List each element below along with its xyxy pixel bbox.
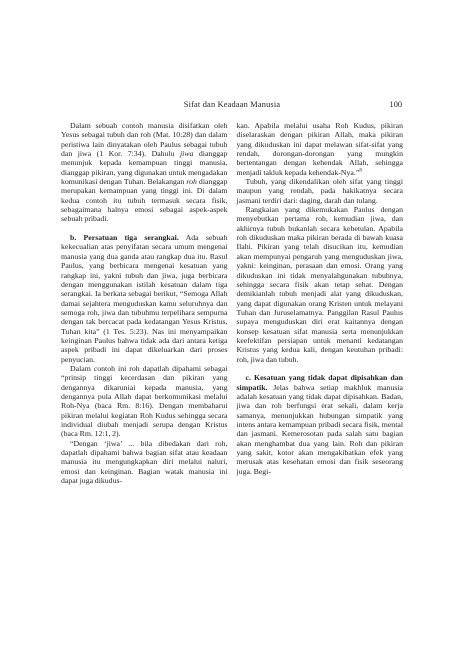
text-run: Rangkaian yang dikemukakan Paulus dengan… (237, 205, 404, 364)
text-run: kan. Apabila melalui usaha Roh Kudus, pi… (237, 121, 404, 177)
text-run: Tubuh, yang dikendalikan oleh sifat yang… (237, 177, 404, 205)
sup-text-run: 8 (359, 168, 362, 173)
text-run: Jelas bahwa setiap makhluk manusia adala… (237, 383, 404, 476)
italic-text-run: roh (186, 177, 197, 186)
paragraph: Tubuh, yang dikendalikan oleh sifat yang… (237, 177, 404, 205)
text-run: “Dengan ‘jiwa’ ... bila dibedakan dari r… (61, 439, 228, 485)
text-columns: Dalam sebuah contoh manusia disifatkan o… (61, 121, 403, 485)
text-run: Ada sebuah kekecualian atas penyifatan s… (61, 233, 228, 363)
running-header: Sifat dan Keadaan Manusia 100 (61, 99, 403, 112)
paragraph: Dalam sebuah contoh manusia disifatkan o… (61, 121, 228, 224)
paragraph: c. Kesatuan yang tidak dapat dipisahkan … (237, 373, 404, 476)
italic-text-run: jiwa (180, 149, 193, 158)
paragraph: kan. Apabila melalui usaha Roh Kudus, pi… (237, 121, 404, 177)
paragraph: “Dengan ‘jiwa’ ... bila dibedakan dari r… (61, 439, 228, 486)
paragraph: b. Persatuan tiga serangkai. Ada sebuah … (61, 233, 228, 364)
paragraph: Rangkaian yang dikemukakan Paulus dengan… (237, 205, 404, 364)
left-column: Dalam sebuah contoh manusia disifatkan o… (61, 121, 228, 485)
text-run: Dalam contoh ini roh dapatlah dipahami s… (61, 364, 228, 438)
page-number: 100 (390, 99, 402, 110)
bold-text-run: b. Persatuan tiga serangkai. (70, 233, 179, 242)
right-column: kan. Apabila melalui usaha Roh Kudus, pi… (237, 121, 404, 485)
book-page: Sifat dan Keadaan Manusia 100 Dalam sebu… (61, 99, 403, 485)
running-header-title: Sifat dan Keadaan Manusia (61, 99, 403, 110)
paragraph: Dalam contoh ini roh dapatlah dipahami s… (61, 364, 228, 439)
